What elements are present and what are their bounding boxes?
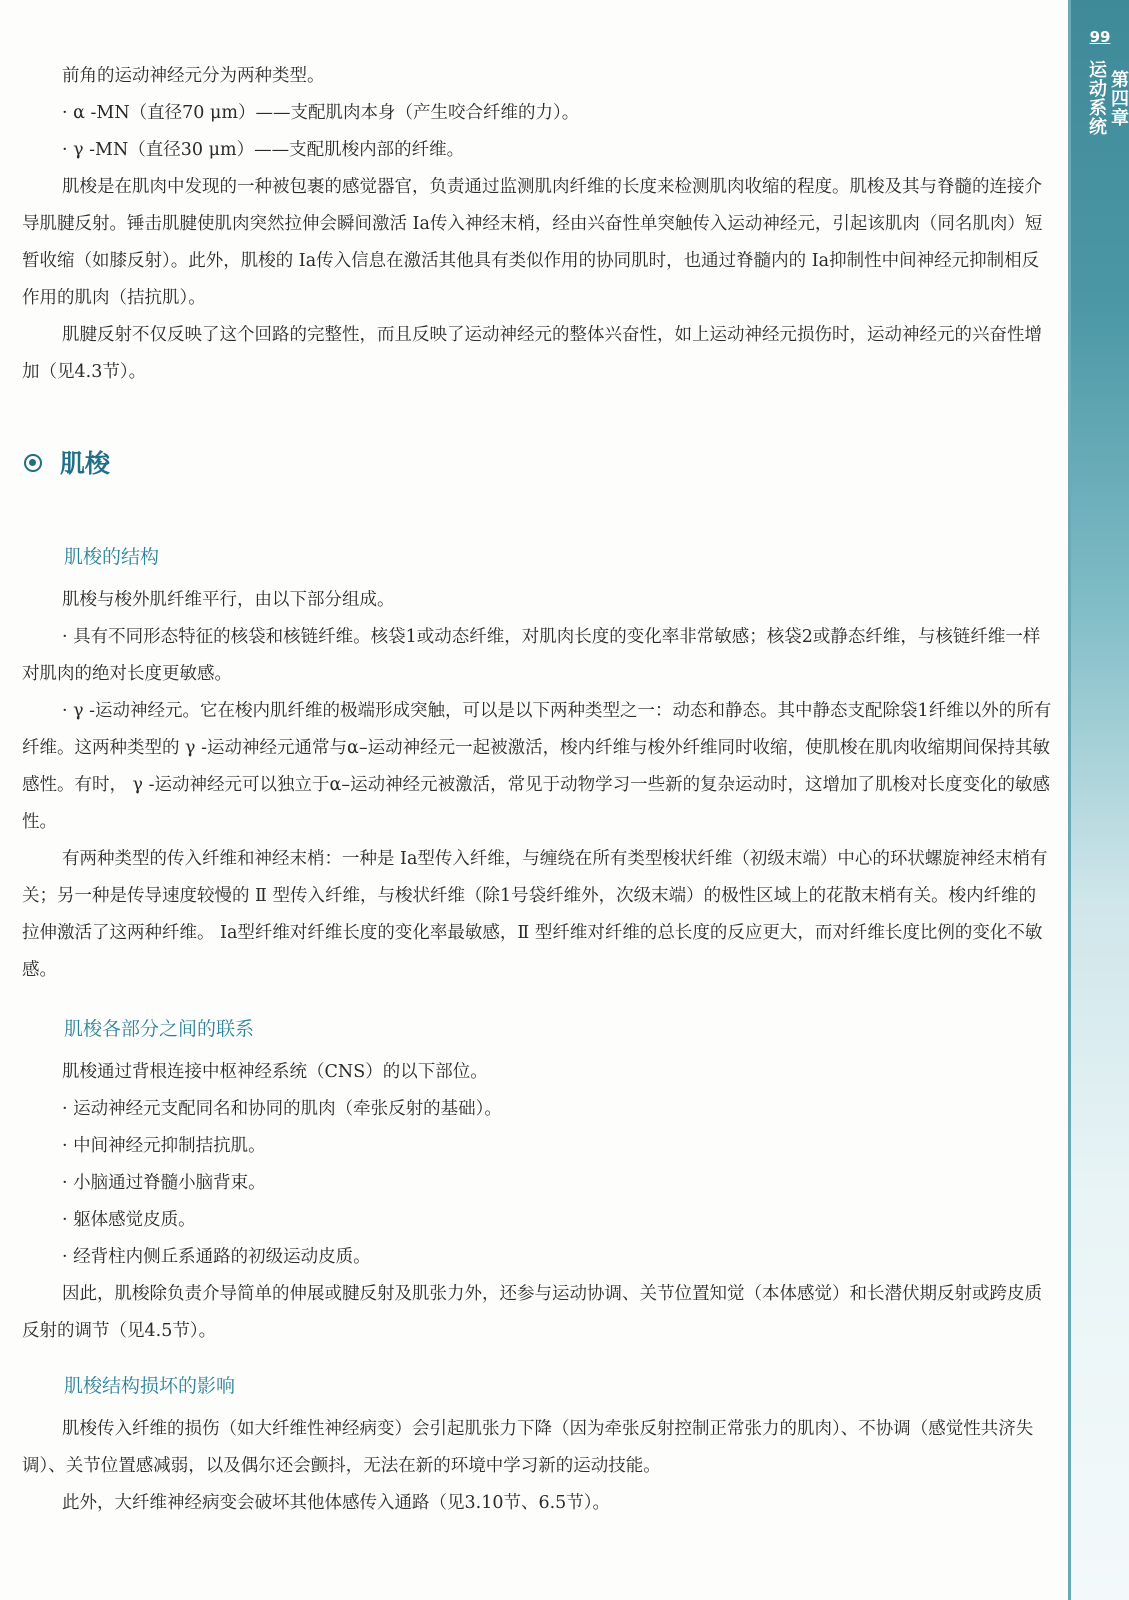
chapter-number: 第四章 [1107,70,1129,127]
bullseye-icon [24,454,42,472]
page-number: 99 [1071,28,1129,46]
bullet-paragraph: · γ -运动神经元。它在梭内肌纤维的极端形成突触，可以是以下两种类型之一：动态… [22,693,1052,841]
intro-paragraph: 肌腱反射不仅反映了这个回路的完整性，而且反映了运动神经元的整体兴奋性，如上运动神… [22,317,1052,391]
paragraph: 因此，肌梭除负责介导简单的伸展或腱反射及肌张力外，还参与运动协调、关节位置知觉（… [22,1276,1052,1350]
paragraph: 有两种类型的传入纤维和神经末梢：一种是 Ⅰa型传入纤维，与缠绕在所有类型梭状纤维… [22,841,1052,989]
bullet-paragraph: · 具有不同形态特征的核袋和核链纤维。核袋1或动态纤维，对肌肉长度的变化率非常敏… [22,619,1052,693]
list-item: · 中间神经元抑制拮抗肌。 [22,1128,1052,1165]
paragraph: 此外，大纤维神经病变会破坏其他体感传入通路（见3.10节、6.5节）。 [22,1485,1052,1522]
chapter-side-tab: 99 第四章 运动系统 [1068,0,1129,1600]
list-item: · 小脑通过脊髓小脑背束。 [22,1165,1052,1202]
list-item: · 运动神经元支配同名和协同的肌肉（牵张反射的基础）。 [22,1091,1052,1128]
intro-bullet: · α -MN（直径70 μm）——支配肌肉本身（产生咬合纤维的力）。 [22,95,1052,132]
paragraph: 肌梭通过背根连接中枢神经系统（CNS）的以下部位。 [22,1054,1052,1091]
list-item: · 躯体感觉皮质。 [22,1202,1052,1239]
subsection-title: 肌梭的结构 [22,539,1052,576]
chapter-label: 第四章 运动系统 [1071,60,1129,136]
subsection-title: 肌梭各部分之间的联系 [22,1011,1052,1048]
page-content: 前角的运动神经元分为两种类型。 · α -MN（直径70 μm）——支配肌肉本身… [22,58,1052,1522]
chapter-title: 运动系统 [1085,60,1107,136]
intro-lead: 前角的运动神经元分为两种类型。 [22,58,1052,95]
list-item: · 经背柱内侧丘系通路的初级运动皮质。 [22,1239,1052,1276]
subsection-title: 肌梭结构损坏的影响 [22,1368,1052,1405]
section-title: 肌梭 [60,445,110,482]
paragraph: 肌梭与梭外肌纤维平行，由以下部分组成。 [22,582,1052,619]
section-heading: 肌梭 [22,443,1052,483]
paragraph: 肌梭传入纤维的损伤（如大纤维性神经病变）会引起肌张力下降（因为牵张反射控制正常张… [22,1411,1052,1485]
intro-bullet: · γ -MN（直径30 μm）——支配肌梭内部的纤维。 [22,132,1052,169]
intro-paragraph: 肌梭是在肌肉中发现的一种被包裹的感觉器官，负责通过监测肌肉纤维的长度来检测肌肉收… [22,169,1052,317]
